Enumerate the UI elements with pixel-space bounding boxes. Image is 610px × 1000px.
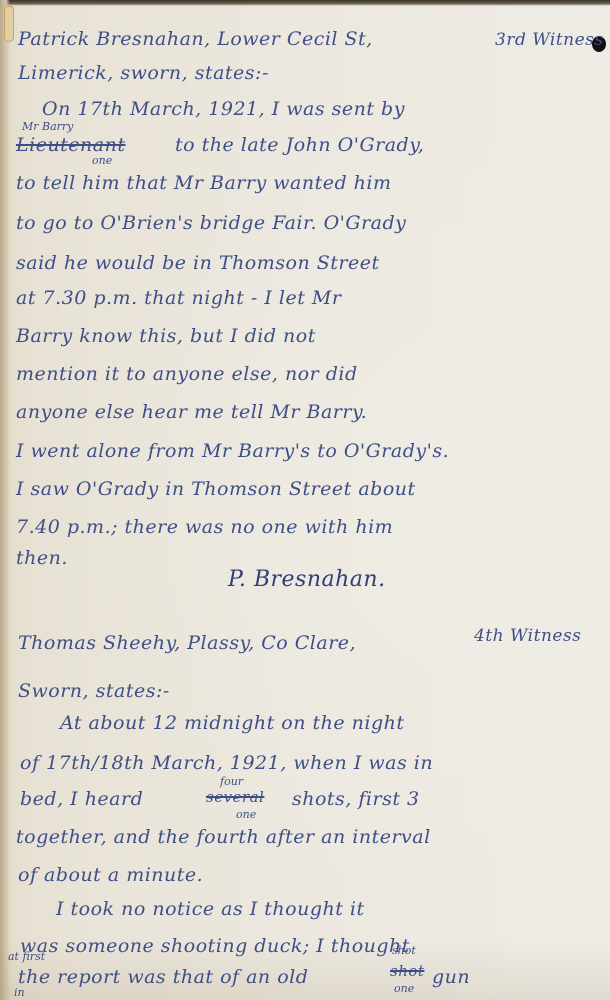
witness4-line: bed, I heard (20, 788, 143, 810)
witness4-line: together, and the fourth after an interv… (16, 826, 431, 848)
witness3-line: anyone else hear me tell Mr Barry. (16, 401, 367, 423)
witness4-line: the report was that of an old (18, 966, 308, 988)
witness3-line: I saw O'Grady in Thomson Street about (16, 478, 416, 500)
witness4-heading-line2: Sworn, states:- (18, 680, 170, 702)
struck-text: Lieutenant (16, 134, 126, 156)
witness3-line: I went alone from Mr Barry's to O'Grady'… (16, 440, 449, 462)
witness4-line: At about 12 midnight on the night (60, 712, 404, 734)
witness3-heading-line1: Patrick Bresnahan, Lower Cecil St, (18, 28, 373, 50)
witness4-line: was someone shooting duck; I thought (20, 935, 410, 957)
witness4-heading-line1: Thomas Sheehy, Plassy, Co Clare, (18, 632, 356, 654)
insertion-one-under-gun: one (394, 982, 414, 995)
witness3-line: to go to O'Brien's bridge Fair. O'Grady (16, 212, 406, 234)
insertion-four: four (220, 775, 243, 788)
witness3-line: On 17th March, 1921, I was sent by (42, 98, 405, 120)
page-top-edge (0, 0, 610, 6)
witness4-margin-label: 4th Witness (474, 626, 581, 646)
witness3-line: then. (16, 547, 68, 569)
insertion-one-under: one (236, 808, 256, 821)
struck-shots-count: several (206, 788, 264, 806)
witness3-margin-label: 3rd Witness (495, 30, 604, 50)
witness3-line: to tell him that Mr Barry wanted him (16, 172, 391, 194)
witness3-line: 7.40 p.m.; there was no one with him (16, 516, 393, 538)
struck-word: shot (390, 962, 424, 980)
witness3-line: said he would be in Thomson Street (16, 252, 380, 274)
witness3-line: mention it to anyone else, nor did (16, 363, 358, 385)
binding-tab (4, 6, 14, 42)
witness4-line: I took no notice as I thought it (56, 898, 365, 920)
witness3-line: to the late John O'Grady, (175, 134, 424, 156)
trailing-mark: in (14, 986, 25, 999)
witness4-line: shots, first 3 (292, 788, 420, 810)
signature: P. Bresnahan. (228, 567, 386, 592)
document-page: Patrick Bresnahan, Lower Cecil St, 3rd W… (0, 0, 610, 1000)
witness4-line: gun (432, 966, 470, 988)
insertion-one: one (92, 154, 112, 167)
insertion-shot: shot (392, 944, 416, 957)
witness3-line: at 7.30 p.m. that night - I let Mr (16, 287, 341, 309)
page-left-edge (0, 0, 10, 1000)
witness4-line: of 17th/18th March, 1921, when I was in (20, 752, 433, 774)
witness3-line: Barry know this, but I did not (16, 325, 316, 347)
witness4-line: of about a minute. (18, 864, 203, 886)
witness3-heading-line2: Limerick, sworn, states:- (18, 62, 269, 84)
insertion-mr-barry: Mr Barry (22, 120, 73, 133)
margin-at-first: at first (8, 950, 45, 963)
